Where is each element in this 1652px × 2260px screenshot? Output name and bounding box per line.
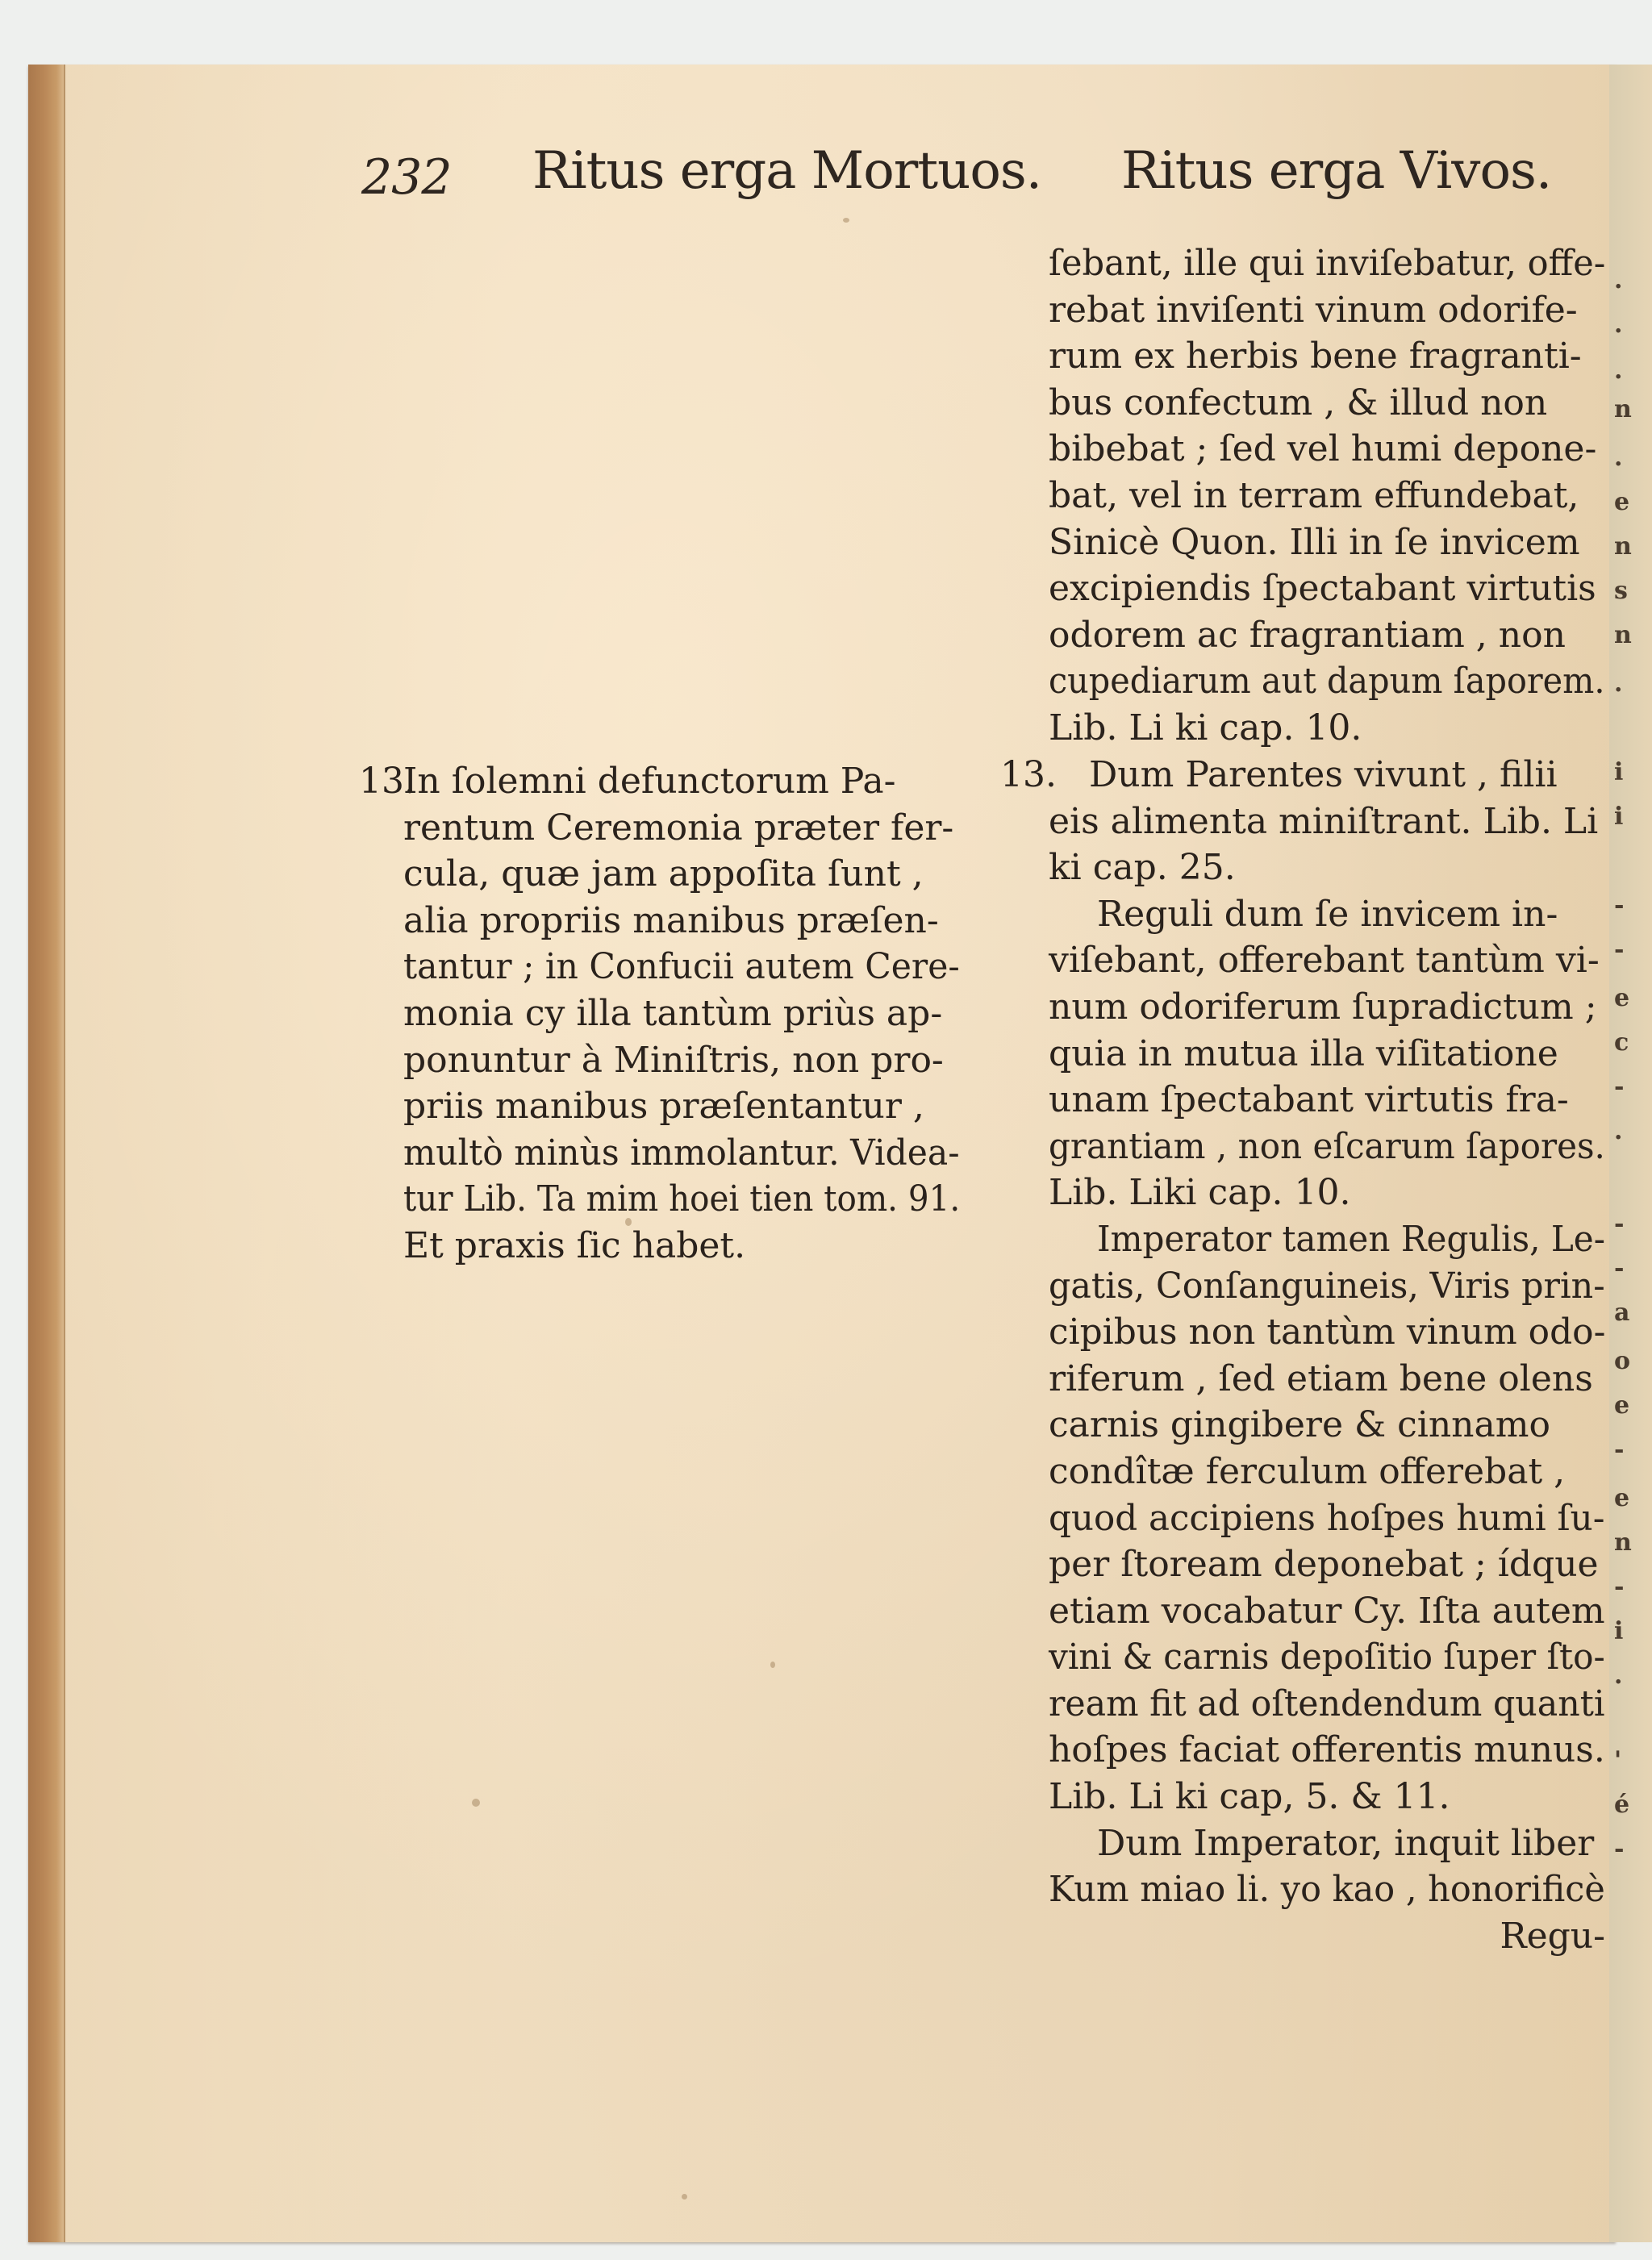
text-line: eis alimenta miniſtrant. Lib. Li [1049, 799, 1605, 845]
text-line: viſebant, offerebant tantùm vi- [1049, 937, 1605, 984]
text-line: ſebant, ille qui inviſebatur, offe- [1049, 240, 1605, 287]
text-line: Imperator tamen Regulis, Le- [1049, 1216, 1605, 1263]
foxing-speck [682, 2194, 687, 2200]
text-line: In ſolemni defunctorum Pa- [403, 758, 960, 805]
next-page-fragment: o [1614, 1347, 1630, 1375]
text-line: excipiendis ſpectabant virtutis [1049, 565, 1605, 612]
text-line: bus confectum , & illud non [1049, 380, 1605, 427]
next-page-fragment: i [1614, 758, 1623, 786]
next-page-fragment: e [1614, 1391, 1629, 1420]
text-line: multò minùs immolantur. Videa- [403, 1130, 960, 1177]
text-line: odorem ac fragrantiam , non [1049, 612, 1605, 659]
next-page-fragment: . [1614, 266, 1622, 294]
next-page-fragment: - [1614, 1210, 1624, 1238]
book-spine-edge [28, 65, 65, 2242]
text-line: num odoriferum ſupradictum ; [1049, 984, 1605, 1031]
text-line: priis manibus præſentantur , [403, 1083, 960, 1130]
next-page-fragment: . [1614, 311, 1622, 339]
next-page-fragment: . [1614, 1662, 1622, 1690]
text-line: rebat inviſenti vinum odorife- [1049, 287, 1605, 334]
next-page-fragment: . [1614, 1117, 1622, 1145]
next-page-fragment: - [1614, 1436, 1624, 1464]
next-page-fragment: i [1614, 1617, 1623, 1645]
next-page-fragment: - [1614, 1073, 1624, 1101]
text-line: carnis gingibere & cinnamo [1049, 1402, 1605, 1449]
text-line: rum ex herbis bene fragranti- [1049, 333, 1605, 380]
text-line: Et praxis ſic habet. [403, 1223, 960, 1270]
next-page-fragment: - [1614, 891, 1624, 919]
next-page-fragment: - [1614, 1573, 1624, 1601]
text-line: tantur ; in Confucii autem Cere- [403, 944, 960, 990]
text-line: Lib. Liki cap. 10. [1049, 1170, 1605, 1216]
text-line: riferum , ſed etiam bene olens [1049, 1356, 1605, 1403]
next-page-fragment: - [1614, 936, 1624, 964]
text-line: quia in mutua illa viſitatione [1049, 1031, 1605, 1078]
text-line: cula, quæ jam appoſita ſunt , [403, 851, 960, 898]
text-line: cupediarum aut dapum ſaporem. [1049, 658, 1605, 705]
text-line: quod accipiens hoſpes humi ſu- [1049, 1495, 1605, 1542]
text-line: vini & carnis depoſitio ſuper ſto- [1049, 1634, 1605, 1681]
foxing-speck [472, 1799, 480, 1807]
next-page-fragment: . [1614, 357, 1622, 385]
right-running-title: Ritus erga Vivos. [1121, 141, 1551, 201]
text-line: rentum Ceremonia præter fer- [403, 805, 960, 852]
next-page-fragment: - [1614, 1835, 1624, 1863]
text-line: etiam vocabatur Cy. Iſta autem [1049, 1588, 1605, 1635]
text-line: alia propriis manibus præſen- [403, 898, 960, 944]
foxing-speck [843, 218, 849, 223]
text-line: bibebat ; ſed vel humi depone- [1049, 426, 1605, 473]
left-running-title: Ritus erga Mortuos. [532, 141, 1041, 201]
next-page-fragment: e [1614, 488, 1629, 516]
text-line: cipibus non tantùm vinum odo- [1049, 1309, 1605, 1356]
next-page-fragment: e [1614, 1484, 1629, 1512]
text-line: Lib. Li ki cap. 10. [1049, 705, 1605, 752]
text-line: Dum Parentes vivunt , filii [1049, 752, 1605, 799]
foxing-speck [770, 1662, 775, 1668]
next-page-fragment: a [1614, 1299, 1629, 1327]
text-line: Kum miao li. yo kao , honorificè [1049, 1866, 1605, 1913]
next-page-fragment: . [1614, 669, 1622, 698]
text-line: unam ſpectabant virtutis fra- [1049, 1077, 1605, 1124]
next-page-fragment: - [1614, 1254, 1624, 1282]
text-line: gatis, Conſanguineis, Viris prin- [1049, 1263, 1605, 1310]
text-line: Sinicè Quon. Illi in ſe invicem [1049, 519, 1605, 566]
next-page-fragment: c [1614, 1028, 1629, 1057]
text-line: ki cap. 25. [1049, 844, 1605, 891]
text-line: hoſpes faciat offerentis munus. [1049, 1727, 1605, 1774]
text-line: condîtæ ferculum offerebat , [1049, 1449, 1605, 1495]
next-page-fragment: i [1614, 803, 1623, 831]
catchword: Regu- [1049, 1913, 1605, 1960]
next-page-fragment: é [1614, 1791, 1629, 1819]
next-page-fragment: n [1614, 1528, 1632, 1557]
next-page-fragment: ' [1614, 1746, 1621, 1774]
text-line: tur Lib. Ta mim hoei tien tom. 91. [403, 1176, 960, 1223]
text-line: monia cy illa tantùm priùs ap- [403, 990, 960, 1037]
text-line: bat, vel in terram effundebat, [1049, 473, 1605, 519]
text-line: Lib. Li ki cap, 5. & 11. [1049, 1774, 1605, 1820]
next-page-fragment: n [1614, 532, 1632, 561]
text-line: grantiam , non eſcarum ſapores. [1049, 1124, 1605, 1170]
page-number: 232 [361, 149, 452, 206]
right-column-text-top: ſebant, ille qui inviſebatur, offe- reba… [1049, 240, 1605, 752]
next-page-fragment: n [1614, 395, 1632, 423]
text-line: Reguli dum ſe invicem in- [1049, 891, 1605, 938]
next-page-fragment: e [1614, 984, 1629, 1012]
next-page-fragment: s [1614, 577, 1628, 605]
right-column-text-bottom: Dum Parentes vivunt , filii eis alimenta… [1049, 752, 1605, 1959]
next-page-fragment: . [1614, 444, 1622, 472]
text-line: per ſtoream deponebat ; ídque [1049, 1541, 1605, 1588]
text-line: Dum Imperator, inquit liber [1049, 1820, 1605, 1867]
left-column-text: In ſolemni defunctorum Pa- rentum Ceremo… [403, 758, 960, 1270]
next-page-fragment: n [1614, 621, 1632, 649]
text-line: ponuntur à Miniſtris, non pro- [403, 1037, 960, 1084]
text-line: ream fit ad oſtendendum quanti [1049, 1681, 1605, 1728]
next-page-edge: . . . n . e n s n . i i - - e c - . - - … [1609, 65, 1652, 2242]
